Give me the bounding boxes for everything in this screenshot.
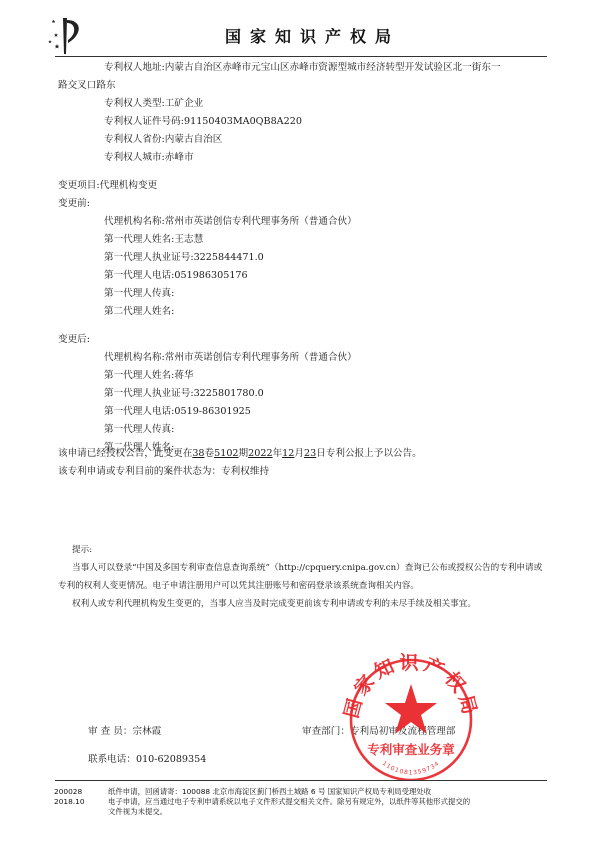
hint-line-2: 专利的权利人变更情况。电子申请注册用户可以凭其注册账号和密码登录该系统查询相关内… [58, 580, 419, 592]
header-divider [55, 56, 547, 57]
change-before-label: 变更前: [58, 198, 90, 210]
after-agent-name: 第一代理人姓名:蒋华 [104, 370, 194, 382]
before-agent-license: 第一代理人执业证号:3225844471.0 [104, 252, 264, 264]
after-agent-license: 第一代理人执业证号:3225801780.0 [104, 388, 264, 400]
hint-line-1: 当事人可以登录“中国及多国专利审查信息查询系统”（http://cpquery.… [72, 562, 542, 574]
hint-line-3: 权利人或专利代理机构发生变更的，当事人应当及时完成变更前该专利申请或专利的未尽手… [72, 598, 476, 610]
footer-line-1: 纸件申请，回函请寄：100088 北京市海淀区蓟门桥西土城路 6 号 国家知识产… [108, 787, 431, 797]
page-title: 国家知识产权局 [0, 24, 595, 47]
case-status: 该专利申请或专利目前的案件状态为：专利权维持 [58, 466, 269, 478]
patentee-address-cont: 路交叉口路东 [58, 80, 116, 92]
change-item: 变更项目:代理机构变更 [58, 180, 157, 192]
announcement-text: 该申请已经授权公告，此变更在38卷5102期2022年12月23日专利公报上予以… [58, 448, 422, 460]
footer-line-2: 电子申请，应当通过电子专利申请系统以电子文件形式提交相关文件。除另有规定外，以纸… [108, 797, 470, 807]
before-agent-phone: 第一代理人电话:051986305176 [104, 270, 248, 282]
gazette-year: 2022 [248, 448, 272, 459]
patentee-type: 专利权人类型:工矿企业 [104, 98, 203, 110]
patentee-address: 专利权人地址:内蒙古自治区赤峰市元宝山区赤峰市资源型城市经济转型开发试验区北一街… [104, 62, 501, 74]
after-agent-fax: 第一代理人传真: [104, 424, 174, 436]
gazette-month: 12 [282, 448, 294, 459]
form-date: 2018.10 [54, 797, 85, 807]
form-code: 200028 [54, 787, 82, 797]
before-agent-name: 第一代理人姓名:王志慧 [104, 234, 203, 246]
before-second-agent: 第二代理人姓名: [104, 306, 174, 318]
official-seal: 国家知识产权局 专利审查业务章 1101081359734 [336, 650, 486, 780]
after-agency-name: 代理机构名称:常州市英诺创信专利代理事务所（普通合伙） [104, 352, 357, 364]
gazette-issue: 5102 [214, 448, 238, 459]
patentee-city: 专利权人城市:赤峰市 [104, 152, 194, 164]
svg-text:1101081359734: 1101081359734 [381, 760, 441, 777]
footer-divider [55, 780, 547, 781]
after-agent-phone: 第一代理人电话:0519-86301925 [104, 406, 251, 418]
examiner: 审 查 员：宗林霞 [88, 726, 161, 738]
hint-label: 提示: [72, 544, 92, 556]
before-agent-fax: 第一代理人传真: [104, 288, 174, 300]
gazette-volume: 38 [192, 448, 204, 459]
gazette-day: 23 [304, 448, 316, 459]
svg-text:专利审查业务章: 专利审查业务章 [367, 742, 455, 757]
before-agency-name: 代理机构名称:常州市英诺创信专利代理事务所（普通合伙） [104, 216, 357, 228]
contact-phone: 联系电话：010-62089354 [88, 754, 206, 766]
patentee-province: 专利权人省份:内蒙古自治区 [104, 134, 222, 146]
patentee-id-number: 专利权人证件号码:91150403MA0QB8A220 [104, 116, 302, 128]
change-after-label: 变更后: [58, 334, 90, 346]
footer-line-3: 文件视为未提交。 [108, 807, 167, 817]
